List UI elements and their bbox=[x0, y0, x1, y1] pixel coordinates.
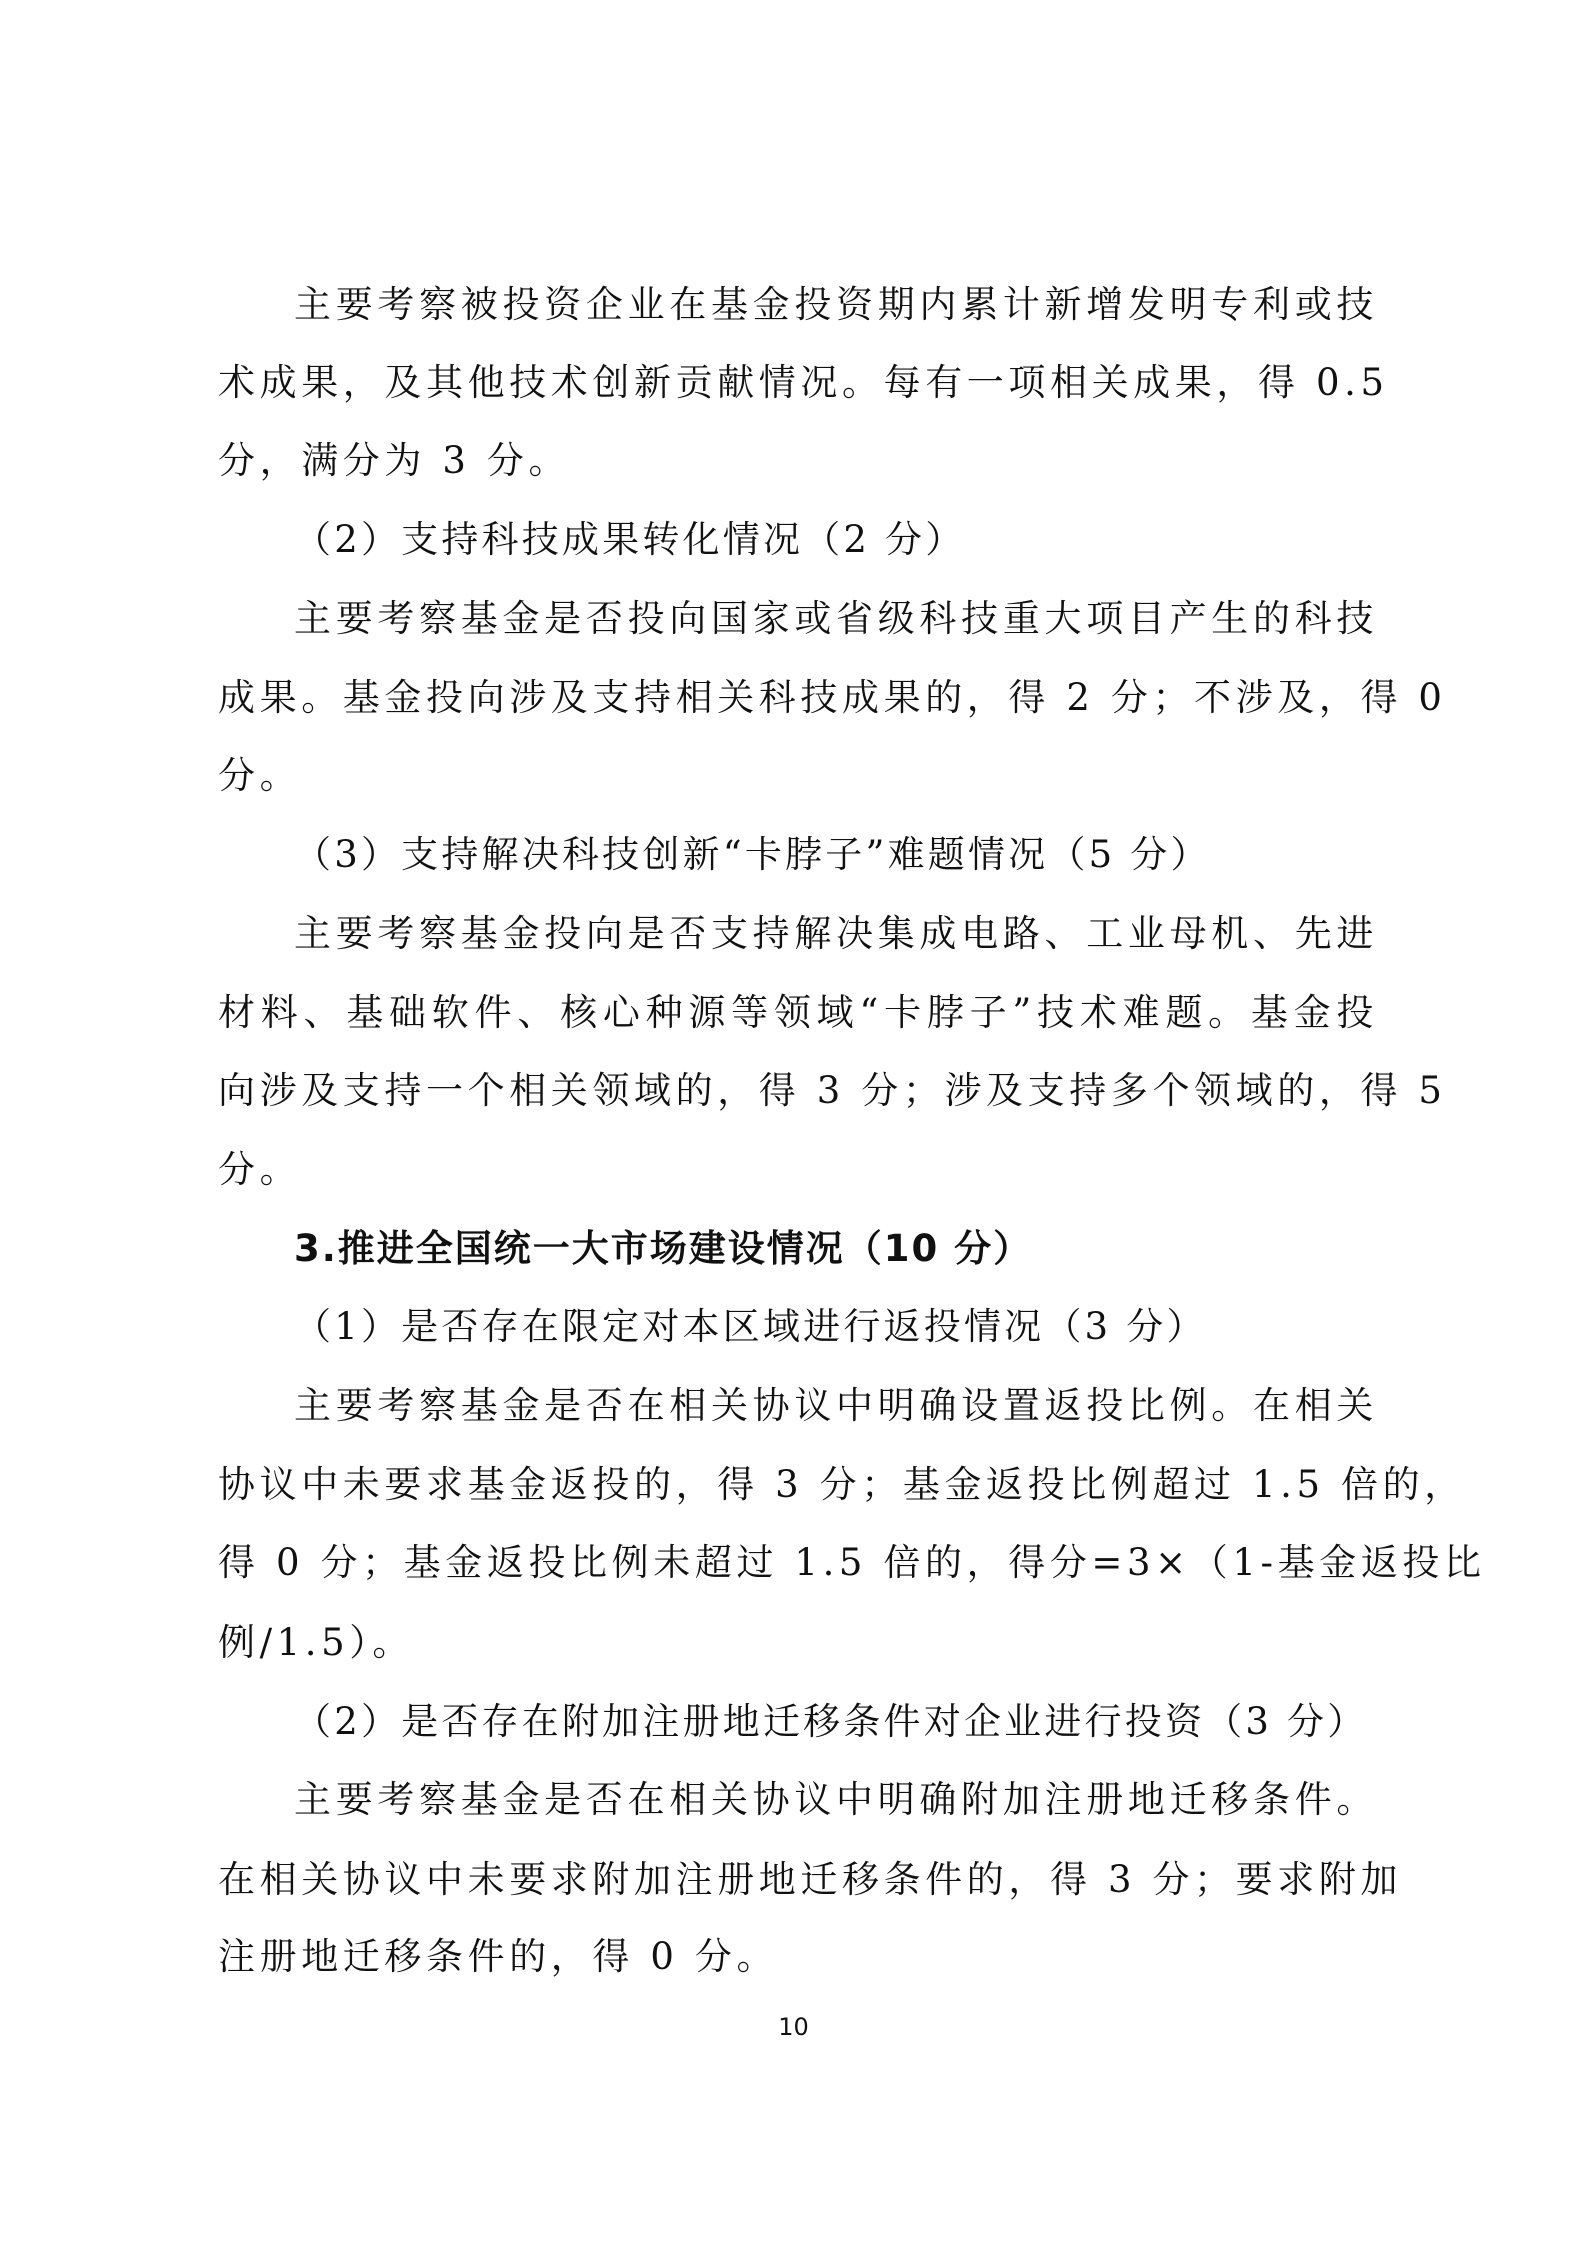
body-line: 向涉及支持一个相关领域的，得 3 分；涉及支持多个领域的，得 5 bbox=[218, 1066, 1378, 1116]
document-page: 主要考察被投资企业在基金投资期内累计新增发明专利或技 术成果，及其他技术创新贡献… bbox=[0, 0, 1587, 2245]
body-line: 得 0 分；基金返投比例未超过 1.5 倍的，得分=3×（1-基金返投比 bbox=[218, 1538, 1378, 1588]
body-line: 分，满分为 3 分。 bbox=[218, 436, 1378, 486]
body-line: 协议中未要求基金返投的，得 3 分；基金返投比例超过 1.5 倍的， bbox=[218, 1460, 1378, 1510]
section-heading-unified-market: 3.推进全国统一大市场建设情况（10 分） bbox=[294, 1224, 1378, 1274]
body-line: 主要考察基金是否在相关协议中明确附加注册地迁移条件。 bbox=[294, 1775, 1378, 1825]
body-line: 主要考察基金是否在相关协议中明确设置返投比例。在相关 bbox=[294, 1381, 1378, 1431]
body-line: 注册地迁移条件的，得 0 分。 bbox=[218, 1932, 1378, 1982]
body-line: 主要考察基金是否投向国家或省级科技重大项目产生的科技 bbox=[294, 594, 1378, 644]
body-line: 在相关协议中未要求附加注册地迁移条件的，得 3 分；要求附加 bbox=[218, 1855, 1378, 1905]
page-number: 10 bbox=[0, 2013, 1587, 2041]
subheading-tech-transfer: （2）支持科技成果转化情况（2 分） bbox=[294, 515, 1378, 565]
body-line: 分。 bbox=[218, 1145, 1378, 1195]
body-line: 材料、基础软件、核心种源等领域“卡脖子”技术难题。基金投 bbox=[218, 988, 1378, 1038]
body-line: 例/1.5）。 bbox=[218, 1618, 1378, 1668]
body-line: 分。 bbox=[218, 751, 1378, 801]
body-line: 成果。基金投向涉及支持相关科技成果的，得 2 分；不涉及，得 0 bbox=[218, 673, 1378, 723]
subheading-reinvestment: （1）是否存在限定对本区域进行返投情况（3 分） bbox=[294, 1302, 1378, 1352]
body-line: 主要考察基金投向是否支持解决集成电路、工业母机、先进 bbox=[294, 909, 1378, 959]
subheading-relocation: （2）是否存在附加注册地迁移条件对企业进行投资（3 分） bbox=[294, 1697, 1378, 1747]
body-line: 术成果，及其他技术创新贡献情况。每有一项相关成果，得 0.5 bbox=[218, 358, 1378, 408]
subheading-bottleneck: （3）支持解决科技创新“卡脖子”难题情况（5 分） bbox=[294, 830, 1378, 880]
body-line: 主要考察被投资企业在基金投资期内累计新增发明专利或技 bbox=[294, 280, 1378, 330]
